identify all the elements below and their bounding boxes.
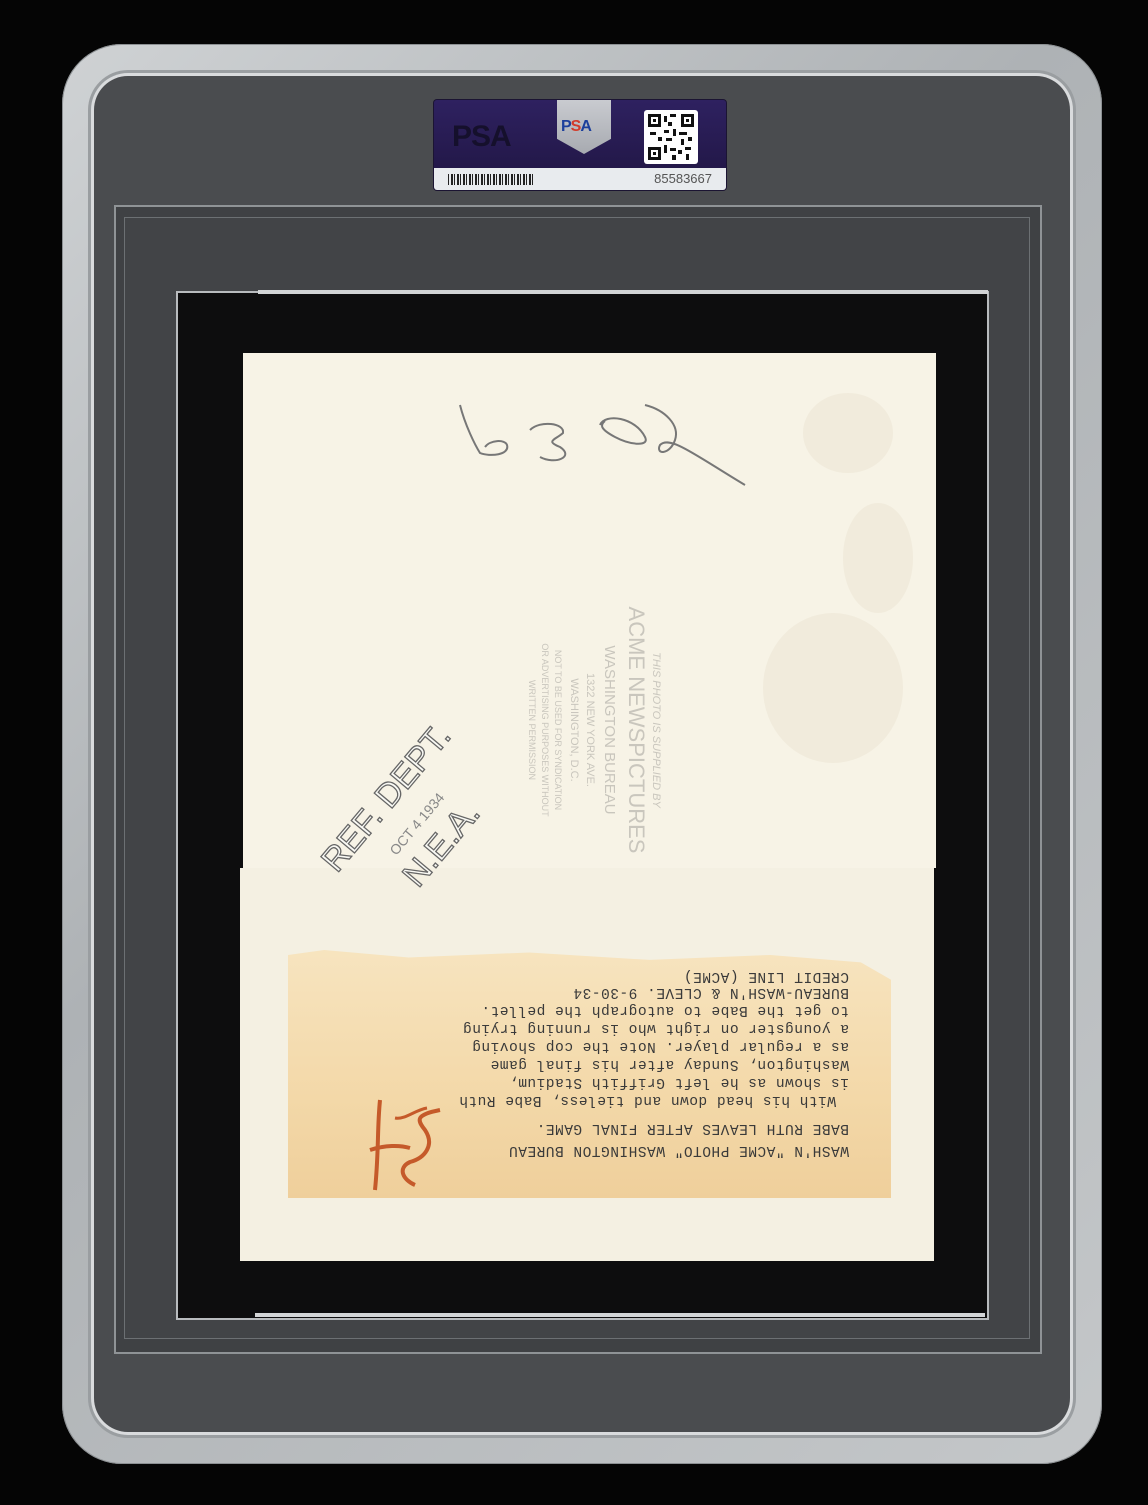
caption-line: BABE RUTH LEAVES AFTER FINAL GAME.	[536, 1120, 849, 1136]
qr-code-icon[interactable]	[644, 110, 698, 164]
pencil-notation	[455, 385, 755, 495]
caption-line: as a regular player. Note the cop shovin…	[472, 1038, 849, 1054]
stain	[803, 393, 893, 473]
svg-text:WASHINGTON, D.C.: WASHINGTON, D.C.	[568, 678, 580, 781]
caption-line: Washington, Sunday after his final game	[490, 1056, 849, 1072]
caption-line: a youngster on right who is running tryi…	[463, 1020, 849, 1036]
svg-text:THIS PHOTO IS SUPPLIED BY: THIS PHOTO IS SUPPLIED BY	[650, 652, 662, 808]
svg-text:ACME NEWSPICTURES: ACME NEWSPICTURES	[624, 607, 649, 854]
barcode-icon	[448, 174, 534, 185]
caption-line: BUREAU-WASH'N & CLEVE. 9-30-34	[573, 984, 849, 1000]
sleeve-edge-top	[258, 290, 988, 294]
psa-logo: PSA	[561, 118, 591, 136]
psa-label: PSA PSA 85583667	[434, 100, 726, 190]
stain	[763, 613, 903, 763]
svg-text:NOT TO BE USED FOR SYNDICATION: NOT TO BE USED FOR SYNDICATION	[553, 650, 563, 810]
sleeve-edge-bottom	[255, 1313, 985, 1317]
caption-line: to get the Babe to autograph the pellet.	[481, 1002, 849, 1018]
stain	[843, 503, 913, 613]
label-bottom-strip: 85583667	[434, 168, 726, 190]
svg-text:OR ADVERTISING PURPOSES WITHOU: OR ADVERTISING PURPOSES WITHOUT	[540, 643, 550, 817]
caption-line: With his head down and tieless, Babe Rut…	[459, 1092, 836, 1108]
svg-text:WASHINGTON BUREAU: WASHINGTON BUREAU	[601, 645, 618, 814]
caption-line: is shown as he left Griffith Stadium,	[509, 1074, 849, 1090]
caption-line: CREDIT LINE (ACME)	[683, 968, 849, 984]
psa-dark-wordmark: PSA	[452, 120, 511, 154]
grease-pencil-notation	[355, 1090, 455, 1200]
ref-dept-stamp: REF. DEPT. OCT 4 1934 N.E.A.	[290, 700, 530, 930]
svg-text:1322 NEW YORK AVE.: 1322 NEW YORK AVE.	[584, 673, 596, 787]
caption-line: WASH'N "ACME PHOTO" WASHINGTON BUREAU	[509, 1142, 849, 1158]
cert-number: 85583667	[654, 171, 712, 186]
